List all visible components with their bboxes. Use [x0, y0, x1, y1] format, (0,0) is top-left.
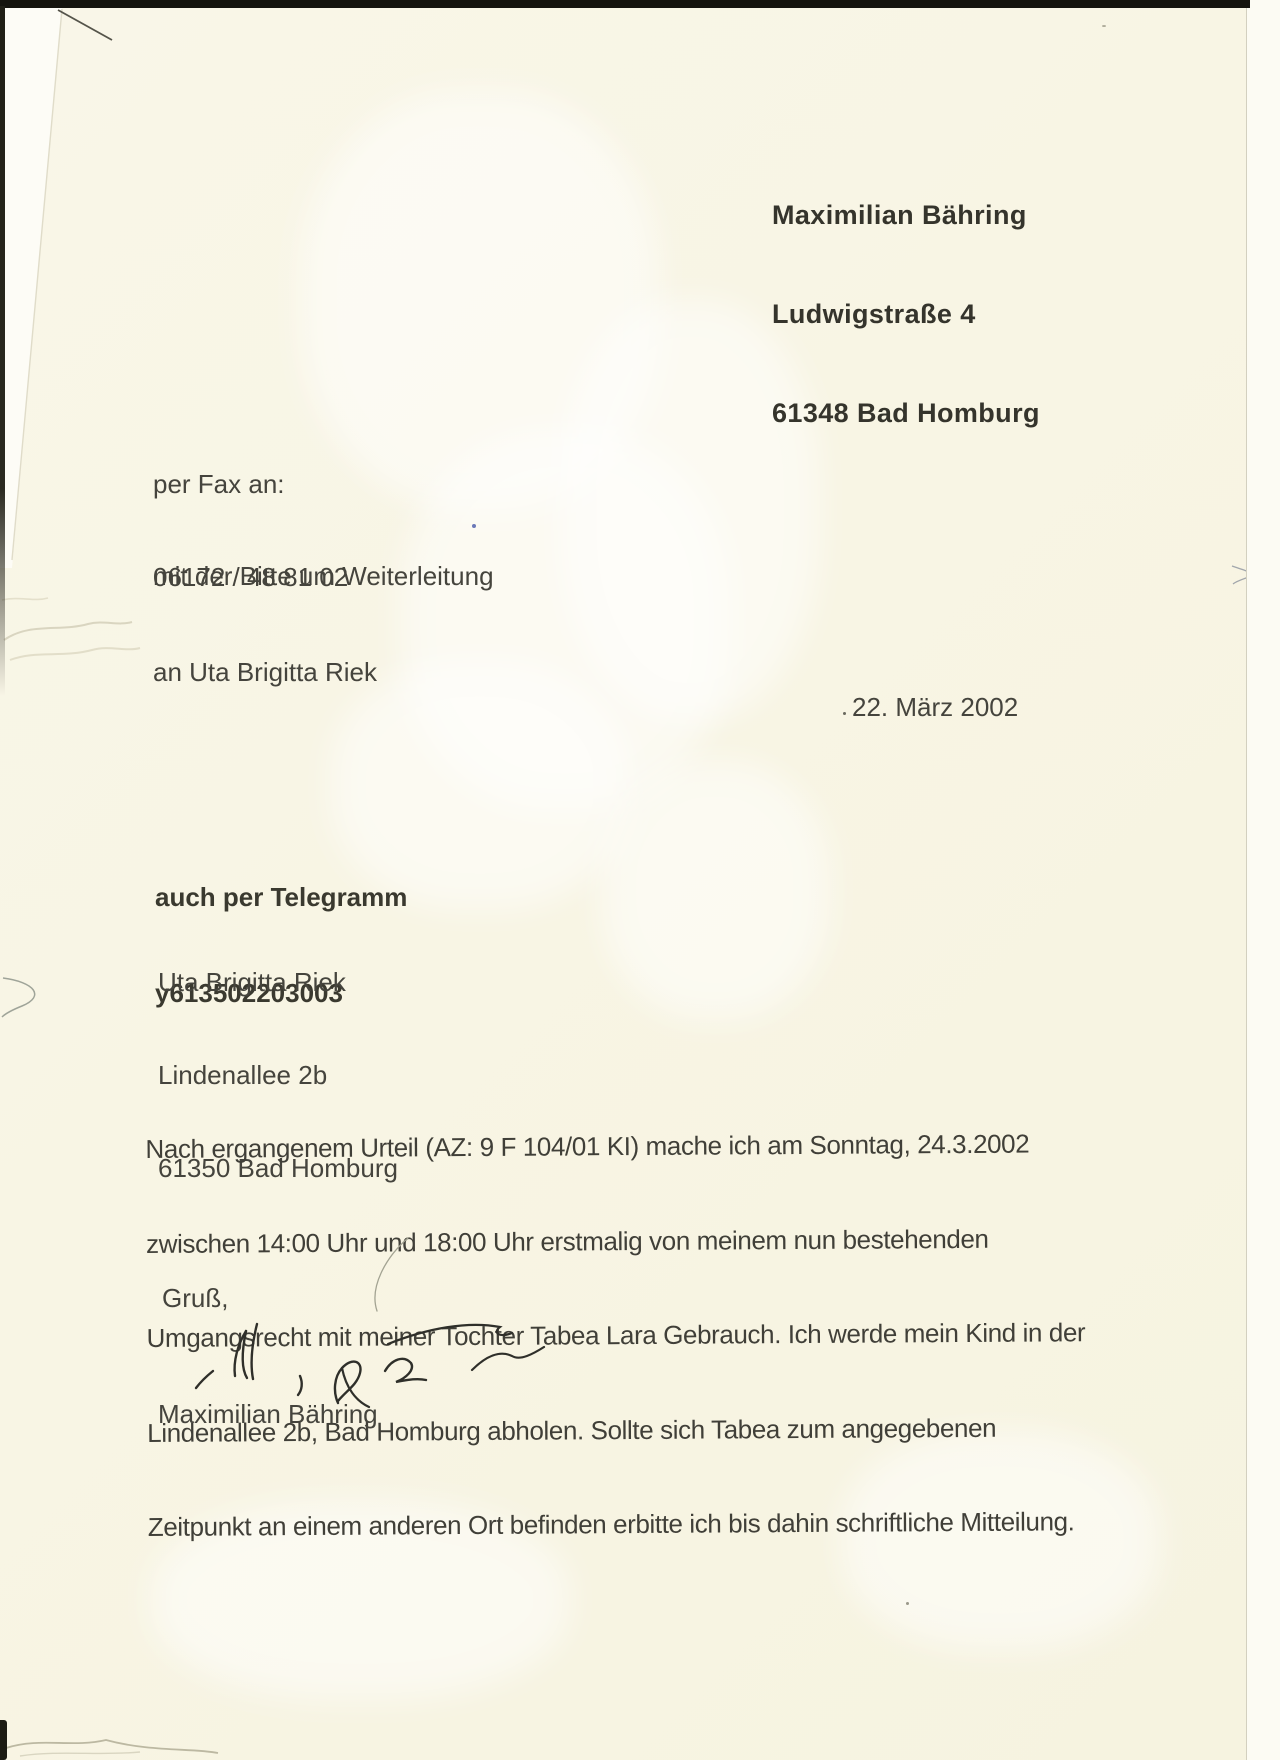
scan-speck — [906, 1602, 909, 1605]
body-line: Zeitpunkt an einem anderen Ort befinden … — [148, 1506, 1087, 1543]
scanned-letter-page: Maximilian Bähring Ludwigstraße 4 61348 … — [0, 0, 1280, 1760]
sender-name: Maximilian Bähring — [772, 199, 1040, 232]
body-line: Nach ergangenem Urteil (AZ: 9 F 104/01 K… — [145, 1128, 1084, 1165]
blue-ink-speck — [472, 524, 476, 528]
forward-line1: mit der Bitte um Weiterleitung — [153, 560, 494, 592]
recipient-name: Uta Brigitta Riek — [158, 967, 398, 998]
scanner-background-strip — [1246, 0, 1280, 1760]
scan-speck — [843, 712, 846, 715]
forward-line2: an Uta Brigitta Riek — [153, 656, 494, 688]
scan-left-edge — [0, 6, 5, 696]
sender-street: Ludwigstraße 4 — [772, 298, 1040, 331]
scan-bottom-edge-mark — [0, 1720, 7, 1760]
handwritten-signature — [140, 1225, 570, 1410]
sender-city: 61348 Bad Homburg — [772, 397, 1040, 430]
scan-top-edge — [0, 0, 1250, 8]
forwarding-request-block: mit der Bitte um Weiterleitung an Uta Br… — [153, 496, 494, 752]
sender-address-block: Maximilian Bähring Ludwigstraße 4 61348 … — [772, 133, 1040, 496]
scan-speck — [1102, 25, 1106, 27]
letter-date: 22. März 2002 — [852, 692, 1018, 723]
